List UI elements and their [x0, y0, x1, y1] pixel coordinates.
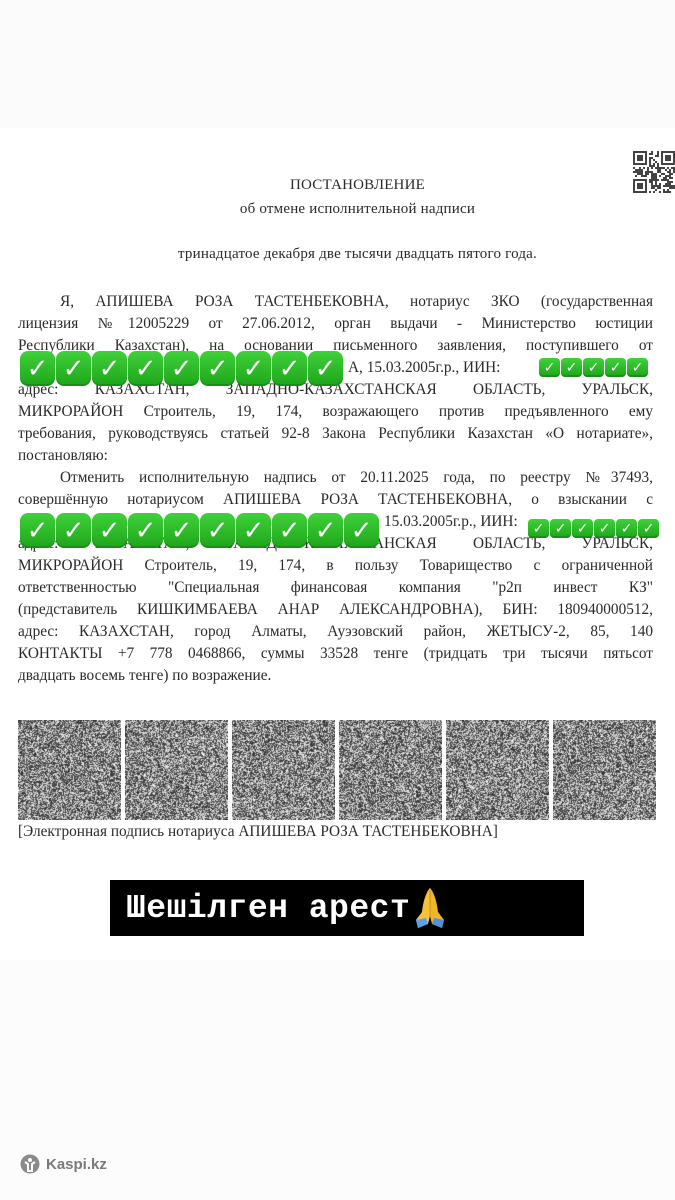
check-mark-icon: ✓ [308, 513, 343, 548]
check-mark-icon: ✓ [528, 519, 549, 538]
electronic-signature-blocks [18, 720, 656, 820]
paragraph-resolution: Отменить исполнительную надпись от 20.11… [18, 467, 653, 687]
check-mark-icon: ✓ [56, 351, 91, 386]
signature-block [232, 720, 335, 820]
document-title: ПОСТАНОВЛЕНИЕ [0, 177, 675, 194]
check-mark-icon: ✓ [128, 351, 163, 386]
signature-block [339, 720, 442, 820]
text-line: МИКРОРАЙОН Строитель, 19, 174, в пользу … [18, 555, 653, 577]
redaction-iin-row1: ✓✓✓✓✓ [539, 358, 648, 377]
text-line: совершённую нотариусом АПИШЕВА РОЗА ТАСТ… [18, 489, 653, 511]
check-mark-icon: ✓ [56, 513, 91, 548]
check-mark-icon: ✓ [236, 513, 271, 548]
text-line: требования, руководствуясь статьей 92-8 … [18, 423, 653, 445]
text-line: Я, АПИШЕВА РОЗА ТАСТЕНБЕКОВНА, нотариус … [18, 291, 653, 313]
text-line: (представитель КИШКИМБАЕВА АНАР АЛЕКСАНД… [18, 599, 653, 621]
story-caption-banner: Шешілген арест [110, 880, 584, 936]
check-mark-icon: ✓ [572, 519, 593, 538]
check-mark-icon: ✓ [236, 351, 271, 386]
check-mark-icon: ✓ [200, 351, 235, 386]
check-mark-icon: ✓ [539, 358, 560, 377]
check-mark-icon: ✓ [92, 351, 127, 386]
text-line: МИКРОРАЙОН Строитель, 19, 174, возражающ… [18, 401, 653, 423]
kaspi-logo-icon [20, 1154, 40, 1174]
top-margin [0, 0, 675, 128]
signature-block [446, 720, 549, 820]
check-mark-icon: ✓ [627, 358, 648, 377]
signature-block [125, 720, 228, 820]
redaction-name-row2: ✓✓✓✓✓✓✓✓✓✓ [20, 513, 379, 548]
text-line: Отменить исполнительную надпись от 20.11… [18, 467, 653, 489]
check-mark-icon: ✓ [164, 351, 199, 386]
folded-hands-icon [412, 886, 448, 930]
check-mark-icon: ✓ [164, 513, 199, 548]
signature-caption: [Электронная подпись нотариуса АПИШЕВА Р… [18, 823, 498, 841]
check-mark-icon: ✓ [594, 519, 615, 538]
check-mark-icon: ✓ [561, 358, 582, 377]
kaspi-watermark: Kaspi.kz [20, 1154, 107, 1174]
check-mark-icon: ✓ [638, 519, 659, 538]
signature-block [553, 720, 656, 820]
redaction-iin-row2: ✓✓✓✓✓✓ [528, 519, 659, 538]
signature-block [18, 720, 121, 820]
text-line: адрес: КАЗАХСТАН, город Алматы, Ауэзовск… [18, 621, 653, 643]
check-mark-icon: ✓ [344, 513, 379, 548]
check-mark-icon: ✓ [128, 513, 163, 548]
text-line: ответственностью "Специальная финансовая… [18, 577, 653, 599]
document-subtitle: об отмене исполнительной надписи [0, 201, 675, 218]
story-caption-text: Шешілген арест [126, 890, 410, 927]
check-mark-icon: ✓ [605, 358, 626, 377]
document-date: тринадцатое декабря две тысячи двадцать … [0, 246, 675, 263]
check-mark-icon: ✓ [272, 351, 307, 386]
check-mark-icon: ✓ [20, 351, 55, 386]
check-mark-icon: ✓ [20, 513, 55, 548]
text-line: лицензия №12005229 от 27.06.2012, орган … [18, 313, 653, 335]
check-mark-icon: ✓ [616, 519, 637, 538]
text-line: двадцать восемь тенге) по возражение. [18, 665, 653, 687]
check-mark-icon: ✓ [583, 358, 604, 377]
check-mark-icon: ✓ [308, 351, 343, 386]
check-mark-icon: ✓ [272, 513, 307, 548]
check-mark-icon: ✓ [550, 519, 571, 538]
text-line: КОНТАКТЫ +7 778 0468866, суммы 33528 тен… [18, 643, 653, 665]
watermark-text: Kaspi.kz [46, 1156, 107, 1173]
check-mark-icon: ✓ [200, 513, 235, 548]
redaction-name-row1: ✓✓✓✓✓✓✓✓✓ [20, 351, 343, 386]
check-mark-icon: ✓ [92, 513, 127, 548]
text-line: постановляю: [18, 445, 653, 467]
